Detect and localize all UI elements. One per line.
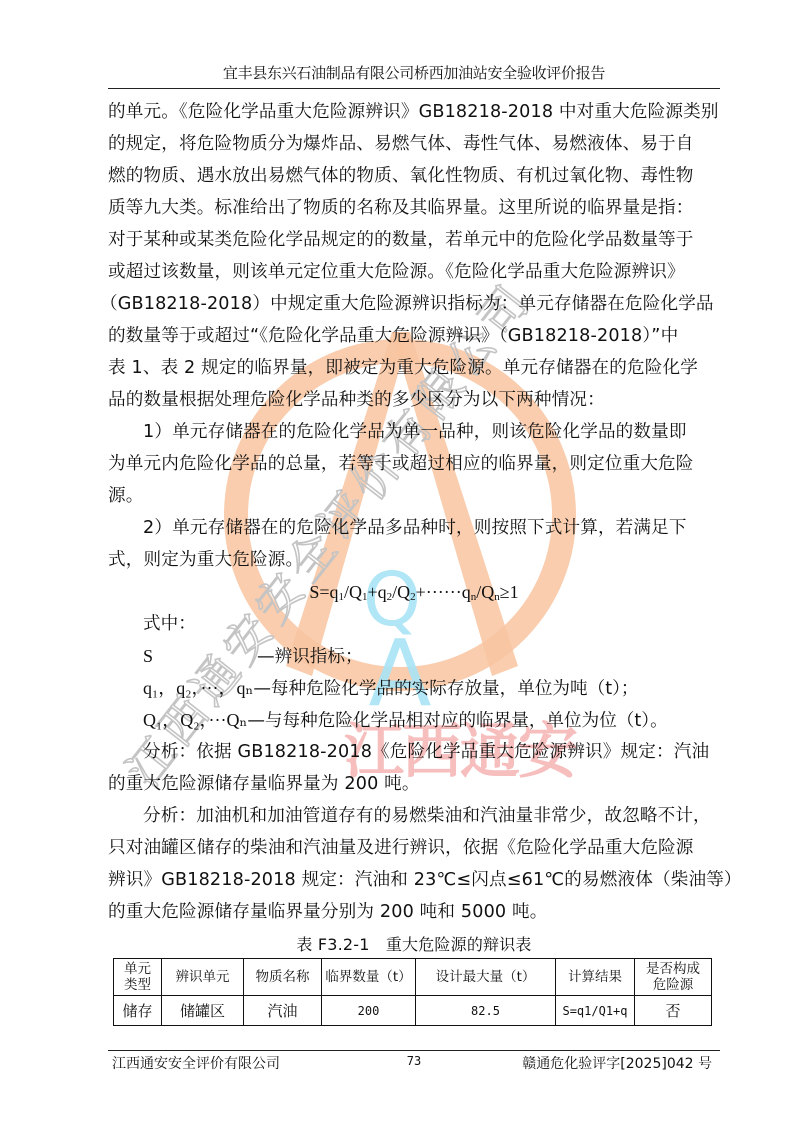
table-header-cell: 物质名称 xyxy=(244,959,322,996)
table-cell: 储存 xyxy=(114,996,162,1026)
table-cell: 储罐区 xyxy=(162,996,244,1026)
where-label: 式中： xyxy=(108,608,720,640)
text-line: 辨识》GB18218-2018 规定：汽油和 23℃≤闪点≤61℃的易燃液体（柴… xyxy=(108,864,720,896)
definition-q-upper: Q₁，Q₂，···Qₙ—与每种危险化学品相对应的临界量，单位为位（t）。 xyxy=(108,704,720,736)
paragraph-case-multiple: 2）单元存储器在的危险化学品多品种时，则按照下式计算，若满足下 式，则定为重大危… xyxy=(108,512,720,576)
table-header-row: 单元 类型 辨识单元 物质名称 临界数量（t） 设计最大量（t） 计算结果 是否… xyxy=(114,959,712,996)
text-line: 的重大危险源储存量临界量分别为 200 吨和 5000 吨。 xyxy=(108,896,720,928)
definition-symbol: S xyxy=(143,640,257,672)
hazard-identification-table: 单元 类型 辨识单元 物质名称 临界数量（t） 设计最大量（t） 计算结果 是否… xyxy=(113,958,712,1026)
document-number: 赣通危化验评字[2025]042 号 xyxy=(522,1053,712,1073)
table-cell: 否 xyxy=(635,996,712,1026)
table-cell: S=q1/Q1+q xyxy=(556,996,635,1026)
table-caption: 表 F3.2-1 重大危险源的辩识表 xyxy=(108,932,720,955)
definition-q-lower: q₁，q₂，···，qₙ—每种危险化学品的实际存放量，单位为吨（t）； xyxy=(108,672,720,704)
paragraph-case-single: 1）单元存储器在的危险化学品为单一品种，则该危险化学品的数量即 为单元内危险化学… xyxy=(108,416,720,512)
document-page: Q A 江西通安 江西通安安全评价有限公司 宜丰县东兴石油制品有限公司桥西加油站… xyxy=(0,0,793,1122)
table-header-cell: 计算结果 xyxy=(556,959,635,996)
text-line: 分析：加油机和加油管道存有的易燃柴油和汽油量非常少，故忽略不计， xyxy=(108,800,720,832)
text-line: 的单元。《危险化学品重大危险源辨识》GB18218-2018 中对重大危险源类别 xyxy=(108,96,720,128)
definition-symbol: Q₁，Q₂，···Qₙ xyxy=(143,710,247,730)
table-header-cell: 临界数量（t） xyxy=(322,959,416,996)
text-line: 2）单元存储器在的危险化学品多品种时，则按照下式计算，若满足下 xyxy=(108,512,720,544)
text-line: 品的数量根据处理危险化学品种类的多少区分为以下两种情况： xyxy=(108,384,720,416)
table-header-cell: 是否构成 危险源 xyxy=(635,959,712,996)
text-line: 为单元内危险化学品的总量，若等于或超过相应的临界量，则定位重大危险 xyxy=(108,448,720,480)
paragraph-analysis-gasoline: 分析：依据 GB18218-2018《危险化学品重大危险源辨识》规定：汽油 的重… xyxy=(108,736,720,800)
definition-s: S—辨识指标； xyxy=(108,640,720,672)
text-line: 燃的物质、遇水放出易燃气体的物质、氧化性物质、有机过氧化物、毒性物 xyxy=(108,160,720,192)
definition-desc: —辨识指标； xyxy=(257,647,363,667)
text-line: 式，则定为重大危险源。 xyxy=(108,544,720,576)
page-footer: 江西通安安全评价有限公司 73 赣通危化验评字[2025]042 号 xyxy=(108,1053,720,1073)
table-header-cell: 辨识单元 xyxy=(162,959,244,996)
table-cell: 200 xyxy=(322,996,416,1026)
running-header-title: 宜丰县东兴石油制品有限公司桥西加油站安全验收评价报告 xyxy=(108,62,720,83)
paragraph-analysis-tank-area: 分析：加油机和加油管道存有的易燃柴油和汽油量非常少，故忽略不计， 只对油罐区储存… xyxy=(108,800,720,928)
footer-divider xyxy=(108,1050,720,1051)
document-body: 的单元。《危险化学品重大危险源辨识》GB18218-2018 中对重大危险源类别… xyxy=(108,96,720,928)
table-header-cell: 单元 类型 xyxy=(114,959,162,996)
text-line: 分析：依据 GB18218-2018《危险化学品重大危险源辨识》规定：汽油 xyxy=(108,736,720,768)
text-line: 的数量等于或超过“《危险化学品重大危险源辨识》（GB18218-2018）”中 xyxy=(108,320,720,352)
text-line: 的重大危险源储存量临界量为 200 吨。 xyxy=(108,768,720,800)
definition-desc: —每种危险化学品的实际存放量，单位为吨（t）； xyxy=(253,679,638,699)
text-line: 质等九大类。标准给出了物质的名称及其临界量。这里所说的临界量是指： xyxy=(108,192,720,224)
definition-desc: —与每种危险化学品相对应的临界量，单位为位（t）。 xyxy=(247,711,667,731)
table-row: 储存 储罐区 汽油 200 82.5 S=q1/Q1+q 否 xyxy=(114,996,712,1026)
text-line: 的规定，将危险物质分为爆炸品、易燃气体、毒性气体、易燃液体、易于自 xyxy=(108,128,720,160)
text-line: 1）单元存储器在的危险化学品为单一品种，则该危险化学品的数量即 xyxy=(108,416,720,448)
table-header-cell: 设计最大量（t） xyxy=(416,959,556,996)
paragraph-hazard-classification: 的单元。《危险化学品重大危险源辨识》GB18218-2018 中对重大危险源类别… xyxy=(108,96,720,416)
text-line: 对于某种或某类危险化学品规定的的数量，若单元中的危险化学品数量等于 xyxy=(108,224,720,256)
text-line: （GB18218-2018）中规定重大危险源辨识指标为：单元存储器在危险化学品 xyxy=(100,288,720,320)
table-cell: 82.5 xyxy=(416,996,556,1026)
text-line: 表 1、表 2 规定的临界量，即被定为重大危险源。单元存储器在的危险化学 xyxy=(108,352,720,384)
definition-symbol: q₁，q₂，···，qₙ xyxy=(143,678,253,698)
header-divider xyxy=(108,88,720,89)
table-cell: 汽油 xyxy=(244,996,322,1026)
formula-identification-index: S=q1/Q1+q2/Q2+······qn/Qn≥1 xyxy=(108,576,720,608)
text-line: 或超过该数量，则该单元定位重大危险源。《危险化学品重大危险源辨识》 xyxy=(108,256,720,288)
text-line: 源。 xyxy=(108,480,720,512)
text-line: 只对油罐区储存的柴油和汽油量及进行辨识，依据《危险化学品重大危险源 xyxy=(108,832,720,864)
